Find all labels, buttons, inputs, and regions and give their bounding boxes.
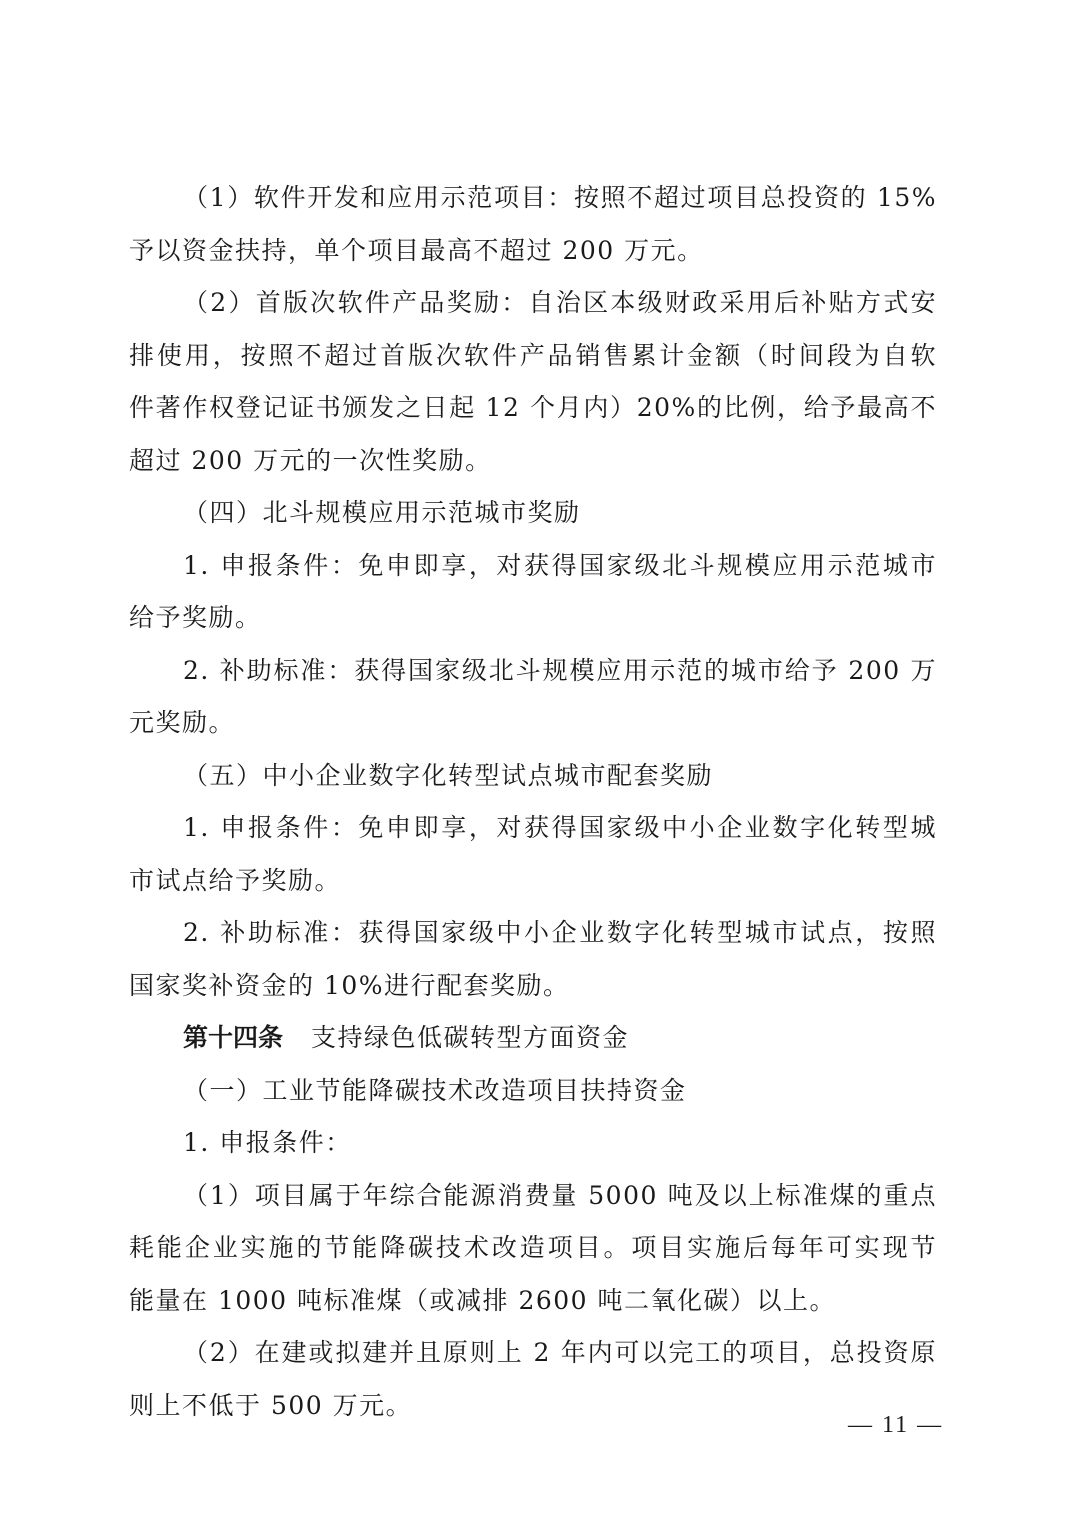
article-title: 支持绿色低碳转型方面资金	[311, 1023, 629, 1052]
text-line: （一）工业节能降碳技术改造项目扶持资金	[129, 1065, 937, 1118]
text-line: 给予奖励。	[129, 592, 937, 645]
text-line: 则上不低于 500 万元。	[129, 1380, 937, 1433]
text-line: 耗能企业实施的节能降碳技术改造项目。项目实施后每年可实现节	[129, 1222, 937, 1275]
text-line: （1）项目属于年综合能源消费量 5000 吨及以上标准煤的重点	[129, 1170, 937, 1223]
paragraph-block-software-beidou-sme: （1）软件开发和应用示范项目：按照不超过项目总投资的 15%予以资金扶持，单个项…	[129, 172, 937, 1012]
text-line: 市试点给予奖励。	[129, 855, 937, 908]
text-line: 能量在 1000 吨标准煤（或减排 2600 吨二氧化碳）以上。	[129, 1275, 937, 1328]
text-line: （1）软件开发和应用示范项目：按照不超过项目总投资的 15%	[129, 172, 937, 225]
document-page: （1）软件开发和应用示范项目：按照不超过项目总投资的 15%予以资金扶持，单个项…	[129, 172, 937, 1432]
article-number: 第十四条	[183, 1023, 283, 1052]
text-line: 1. 申报条件：免申即享，对获得国家级北斗规模应用示范城市	[129, 540, 937, 593]
text-line: 国家奖补资金的 10%进行配套奖励。	[129, 960, 937, 1013]
text-line: （四）北斗规模应用示范城市奖励	[129, 487, 937, 540]
article-heading: 第十四条支持绿色低碳转型方面资金	[129, 1012, 937, 1065]
text-line: 排使用，按照不超过首版次软件产品销售累计金额（时间段为自软	[129, 330, 937, 383]
text-line: 元奖励。	[129, 697, 937, 750]
text-line: 件著作权登记证书颁发之日起 12 个月内）20%的比例，给予最高不	[129, 382, 937, 435]
text-line: 超过 200 万元的一次性奖励。	[129, 435, 937, 488]
text-line: （2）在建或拟建并且原则上 2 年内可以完工的项目，总投资原	[129, 1327, 937, 1380]
text-line: （2）首版次软件产品奖励：自治区本级财政采用后补贴方式安	[129, 277, 937, 330]
text-line: 1. 申报条件：免申即享，对获得国家级中小企业数字化转型城	[129, 802, 937, 855]
text-line: 2. 补助标准：获得国家级中小企业数字化转型城市试点，按照	[129, 907, 937, 960]
paragraph-block-green-low-carbon: （一）工业节能降碳技术改造项目扶持资金1. 申报条件：（1）项目属于年综合能源消…	[129, 1065, 937, 1433]
page-number: — 11 —	[848, 1412, 943, 1439]
text-line: 予以资金扶持，单个项目最高不超过 200 万元。	[129, 225, 937, 278]
text-line: 1. 申报条件：	[129, 1117, 937, 1170]
text-line: 2. 补助标准：获得国家级北斗规模应用示范的城市给予 200 万	[129, 645, 937, 698]
text-line: （五）中小企业数字化转型试点城市配套奖励	[129, 750, 937, 803]
